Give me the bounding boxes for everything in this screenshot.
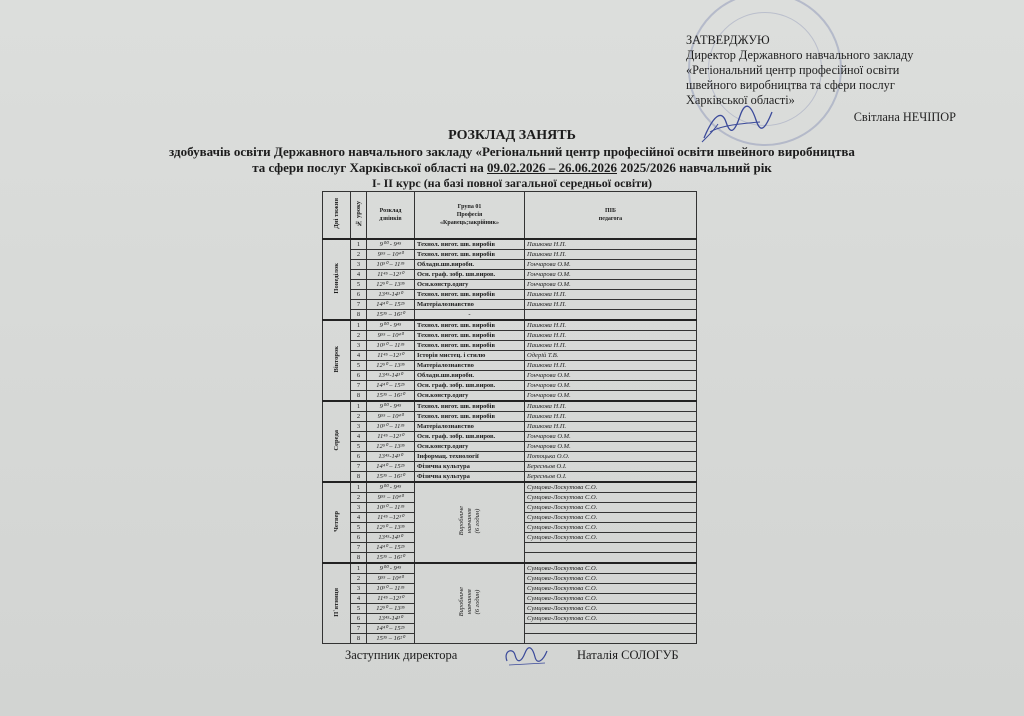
bell-time: 13⁴⁵-14³⁰ bbox=[367, 371, 415, 381]
table-row: 815³⁵ – 16²⁰- bbox=[323, 310, 697, 321]
bell-time: 9⁰⁰ - 9⁴⁵ bbox=[367, 320, 415, 331]
table-row: 815³⁵ – 16²⁰Осн.констр.одягуГончарова О.… bbox=[323, 391, 697, 402]
table-header-row: Дні тижня № уроку Розклад дзвінків Група… bbox=[323, 192, 697, 240]
lesson-number: 3 bbox=[351, 341, 367, 351]
approval-line: швейного виробництва та сфери послуг bbox=[686, 78, 966, 93]
lesson-number: 7 bbox=[351, 624, 367, 634]
bell-time: 9⁵⁵ – 10⁴⁰ bbox=[367, 412, 415, 422]
teacher-name: Бересньов О.І. bbox=[525, 472, 697, 483]
subject: Осн. граф. зобр. шв.виров. bbox=[415, 270, 525, 280]
subject: Осн.констр.одягу bbox=[415, 391, 525, 402]
teacher-name: Сумцова-Лоскутова С.О. bbox=[525, 574, 697, 584]
lesson-number: 5 bbox=[351, 280, 367, 290]
lesson-number: 4 bbox=[351, 351, 367, 361]
lesson-number: 6 bbox=[351, 290, 367, 300]
lesson-number: 8 bbox=[351, 634, 367, 644]
subject: Технол. вигот. шв. виробів bbox=[415, 290, 525, 300]
subject: Обладн.шв.виробн. bbox=[415, 371, 525, 381]
document-period-line: та сфери послуг Харківської області на 0… bbox=[0, 160, 1024, 176]
lesson-number: 4 bbox=[351, 270, 367, 280]
lesson-number: 8 bbox=[351, 553, 367, 564]
teacher-name: Пашкова Н.П. bbox=[525, 361, 697, 371]
table-row: 411⁴⁵ –12³⁰Історія мистец. і стилюОдерій… bbox=[323, 351, 697, 361]
table-row: 714⁴⁰ – 15²⁵Осн. граф. зобр. шв.виров.Го… bbox=[323, 381, 697, 391]
teacher-name: Сумцова-Лоскутова С.О. bbox=[525, 594, 697, 604]
teacher-name: Пашкова Н.П. bbox=[525, 239, 697, 250]
subject: Осн.констр.одягу bbox=[415, 280, 525, 290]
bell-time: 9⁵⁵ – 10⁴⁰ bbox=[367, 331, 415, 341]
schedule-table: Дні тижня № уроку Розклад дзвінків Група… bbox=[322, 191, 697, 644]
bell-time: 10⁵⁰ – 11³⁵ bbox=[367, 422, 415, 432]
approval-line: «Регіональний центр професійної освіти bbox=[686, 63, 966, 78]
lesson-number: 1 bbox=[351, 401, 367, 412]
table-row: 411⁴⁵ –12³⁰Осн. граф. зобр. шв.виров.Гон… bbox=[323, 270, 697, 280]
lesson-number: 4 bbox=[351, 432, 367, 442]
bell-time: 10⁵⁰ – 11³⁵ bbox=[367, 503, 415, 513]
teacher-name: Сумцова-Лоскутова С.О. bbox=[525, 503, 697, 513]
teacher-name: Сумцова-Лоскутова С.О. bbox=[525, 533, 697, 543]
lesson-number: 7 bbox=[351, 381, 367, 391]
teacher-name: Гончарова О.М. bbox=[525, 432, 697, 442]
teacher-name: Пашкова Н.П. bbox=[525, 401, 697, 412]
teacher-name: Пашкова Н.П. bbox=[525, 320, 697, 331]
teacher-name: Гончарова О.М. bbox=[525, 270, 697, 280]
table-row: 512⁵⁰ – 13³⁵Осн.констр.одягуГончарова О.… bbox=[323, 442, 697, 452]
course-label: І- ІІ курс (на базі повної загальної сер… bbox=[0, 176, 1024, 190]
bell-time: 12⁵⁰ – 13³⁵ bbox=[367, 280, 415, 290]
table-row: 815³⁵ – 16²⁰Фізична культураБересньов О.… bbox=[323, 472, 697, 483]
lesson-number: 2 bbox=[351, 574, 367, 584]
teacher-name: Сумцова-Лоскутова С.О. bbox=[525, 614, 697, 624]
practice-cell: Виробниче навчання (6 годин) bbox=[415, 563, 525, 644]
teacher-name bbox=[525, 543, 697, 553]
teacher-name bbox=[525, 624, 697, 634]
bell-time: 9⁰⁰ - 9⁴⁵ bbox=[367, 563, 415, 574]
lesson-number: 2 bbox=[351, 412, 367, 422]
lesson-number: 3 bbox=[351, 584, 367, 594]
subject: Осн.констр.одягу bbox=[415, 442, 525, 452]
teacher-name: Пашкова Н.П. bbox=[525, 300, 697, 310]
lesson-number: 5 bbox=[351, 442, 367, 452]
lesson-number: 2 bbox=[351, 331, 367, 341]
subject: Матеріалознавство bbox=[415, 300, 525, 310]
header-teacher: ПІБ педагога bbox=[525, 192, 697, 240]
table-row: 310⁵⁰ – 11³⁵Технол. вигот. шв. виробівПа… bbox=[323, 341, 697, 351]
document-title: РОЗКЛАД ЗАНЯТЬ bbox=[0, 128, 1024, 144]
teacher-name bbox=[525, 634, 697, 644]
table-row: 613⁴⁵-14³⁰Інформац. технологіїПотоцька О… bbox=[323, 452, 697, 462]
lesson-number: 2 bbox=[351, 250, 367, 260]
day-label: Вівторок bbox=[323, 320, 351, 401]
bell-time: 15³⁵ – 16²⁰ bbox=[367, 634, 415, 644]
subject: Технол. вигот. шв. виробів bbox=[415, 239, 525, 250]
table-row: 613⁴⁵-14³⁰Технол. вигот. шв. виробівПашк… bbox=[323, 290, 697, 300]
table-row: Середа19⁰⁰ - 9⁴⁵Технол. вигот. шв. вироб… bbox=[323, 401, 697, 412]
lesson-number: 5 bbox=[351, 523, 367, 533]
teacher-name bbox=[525, 553, 697, 564]
document-subtitle: здобувачів освіти Державного навчального… bbox=[0, 144, 1024, 160]
bell-time: 10⁵⁰ – 11³⁵ bbox=[367, 584, 415, 594]
bell-time: 9⁵⁵ – 10⁴⁰ bbox=[367, 574, 415, 584]
table-row: 512⁵⁰ – 13³⁵Осн.констр.одягуГончарова О.… bbox=[323, 280, 697, 290]
lesson-number: 6 bbox=[351, 452, 367, 462]
bell-time: 11⁴⁵ –12³⁰ bbox=[367, 513, 415, 523]
bell-time: 13⁴⁵-14³⁰ bbox=[367, 452, 415, 462]
subject: Матеріалознавство bbox=[415, 422, 525, 432]
day-label: П`ятниця bbox=[323, 563, 351, 644]
table-row: Понеділок19⁰⁰ - 9⁴⁵Технол. вигот. шв. ви… bbox=[323, 239, 697, 250]
subject: Технол. вигот. шв. виробів bbox=[415, 412, 525, 422]
table-row: 714⁴⁰ – 15²⁵МатеріалознавствоПашкова Н.П… bbox=[323, 300, 697, 310]
lesson-number: 3 bbox=[351, 422, 367, 432]
table-row: 411⁴⁵ –12³⁰Осн. граф. зобр. шв.виров.Гон… bbox=[323, 432, 697, 442]
subject: Фізична культура bbox=[415, 462, 525, 472]
teacher-name: Сумцова-Лоскутова С.О. bbox=[525, 604, 697, 614]
lesson-number: 3 bbox=[351, 503, 367, 513]
bell-time: 12⁵⁰ – 13³⁵ bbox=[367, 442, 415, 452]
footer-name: Наталія СОЛОГУБ bbox=[577, 648, 679, 663]
bell-time: 14⁴⁰ – 15²⁵ bbox=[367, 462, 415, 472]
lesson-number: 4 bbox=[351, 513, 367, 523]
table-row: 29⁵⁵ – 10⁴⁰Технол. вигот. шв. виробівПаш… bbox=[323, 250, 697, 260]
bell-time: 10⁵⁰ – 11³⁵ bbox=[367, 260, 415, 270]
bell-time: 9⁵⁵ – 10⁴⁰ bbox=[367, 493, 415, 503]
teacher-name: Пашкова Н.П. bbox=[525, 422, 697, 432]
lesson-number: 8 bbox=[351, 391, 367, 402]
teacher-name: Гончарова О.М. bbox=[525, 442, 697, 452]
bell-time: 15³⁵ – 16²⁰ bbox=[367, 472, 415, 483]
lesson-number: 5 bbox=[351, 361, 367, 371]
lesson-number: 7 bbox=[351, 543, 367, 553]
subject: Технол. вигот. шв. виробів bbox=[415, 320, 525, 331]
table-row: 29⁵⁵ – 10⁴⁰Технол. вигот. шв. виробівПаш… bbox=[323, 412, 697, 422]
lesson-number: 6 bbox=[351, 371, 367, 381]
subject: Технол. вигот. шв. виробів bbox=[415, 341, 525, 351]
table-row: 310⁵⁰ – 11³⁵МатеріалознавствоПашкова Н.П… bbox=[323, 422, 697, 432]
lesson-number: 6 bbox=[351, 614, 367, 624]
lesson-number: 5 bbox=[351, 604, 367, 614]
lesson-number: 1 bbox=[351, 320, 367, 331]
subject: Інформац. технології bbox=[415, 452, 525, 462]
teacher-name: Гончарова О.М. bbox=[525, 260, 697, 270]
deputy-signature-icon bbox=[501, 645, 551, 667]
bell-time: 13⁴⁵-14³⁰ bbox=[367, 533, 415, 543]
teacher-name: Пашкова Н.П. bbox=[525, 250, 697, 260]
header-group: Група 01 Професія «Кравець;закрійник» bbox=[415, 192, 525, 240]
teacher-name: Сумцова-Лоскутова С.О. bbox=[525, 563, 697, 574]
bell-time: 13⁴⁵-14³⁰ bbox=[367, 290, 415, 300]
lesson-number: 2 bbox=[351, 493, 367, 503]
day-label: Понеділок bbox=[323, 239, 351, 320]
table-row: П`ятниця19⁰⁰ - 9⁴⁵Виробниче навчання (6 … bbox=[323, 563, 697, 574]
teacher-name: Сумцова-Лоскутова С.О. bbox=[525, 584, 697, 594]
lesson-number: 6 bbox=[351, 533, 367, 543]
teacher-name: Гончарова О.М. bbox=[525, 381, 697, 391]
subject: Технол. вигот. шв. виробів bbox=[415, 250, 525, 260]
teacher-name: Гончарова О.М. bbox=[525, 280, 697, 290]
lesson-number: 8 bbox=[351, 472, 367, 483]
lesson-number: 8 bbox=[351, 310, 367, 321]
subject: Технол. вигот. шв. виробів bbox=[415, 401, 525, 412]
teacher-name: Сумцова-Лоскутова С.О. bbox=[525, 523, 697, 533]
bell-time: 11⁴⁵ –12³⁰ bbox=[367, 594, 415, 604]
subject: Осн. граф. зобр. шв.виров. bbox=[415, 432, 525, 442]
table-row: 29⁵⁵ – 10⁴⁰Технол. вигот. шв. виробівПаш… bbox=[323, 331, 697, 341]
day-label: Четвер bbox=[323, 482, 351, 563]
bell-time: 10⁵⁰ – 11³⁵ bbox=[367, 341, 415, 351]
teacher-name bbox=[525, 310, 697, 321]
teacher-name: Пашкова Н.П. bbox=[525, 290, 697, 300]
lesson-number: 7 bbox=[351, 462, 367, 472]
subject: Осн. граф. зобр. шв.виров. bbox=[415, 381, 525, 391]
period-dates: 09.02.2026 – 26.06.2026 bbox=[487, 160, 617, 175]
bell-time: 15³⁵ – 16²⁰ bbox=[367, 553, 415, 564]
teacher-name: Пашкова Н.П. bbox=[525, 412, 697, 422]
subject: Фізична культура bbox=[415, 472, 525, 483]
bell-time: 15³⁵ – 16²⁰ bbox=[367, 310, 415, 321]
teacher-name: Гончарова О.М. bbox=[525, 391, 697, 402]
document-title-block: РОЗКЛАД ЗАНЯТЬ здобувачів освіти Державн… bbox=[0, 128, 1024, 190]
lesson-number: 3 bbox=[351, 260, 367, 270]
subject: Матеріалознавство bbox=[415, 361, 525, 371]
teacher-name: Сумцова-Лоскутова С.О. bbox=[525, 493, 697, 503]
lesson-number: 1 bbox=[351, 239, 367, 250]
bell-time: 14⁴⁰ – 15²⁵ bbox=[367, 543, 415, 553]
bell-time: 9⁰⁰ - 9⁴⁵ bbox=[367, 239, 415, 250]
teacher-name: Сумцова-Лоскутова С.О. bbox=[525, 482, 697, 493]
teacher-name: Пашкова Н.П. bbox=[525, 341, 697, 351]
table-row: Четвер19⁰⁰ - 9⁴⁵Виробниче навчання (6 го… bbox=[323, 482, 697, 493]
bell-time: 12⁵⁰ – 13³⁵ bbox=[367, 361, 415, 371]
approval-heading: ЗАТВЕРДЖУЮ bbox=[686, 33, 966, 48]
bell-time: 12⁵⁰ – 13³⁵ bbox=[367, 523, 415, 533]
teacher-name: Потоцька О.О. bbox=[525, 452, 697, 462]
header-bells: Розклад дзвінків bbox=[367, 192, 415, 240]
bell-time: 11⁴⁵ –12³⁰ bbox=[367, 270, 415, 280]
subject: Обладн.шв.виробн. bbox=[415, 260, 525, 270]
footer-position: Заступник директора bbox=[345, 648, 457, 663]
bell-time: 14⁴⁰ – 15²⁵ bbox=[367, 300, 415, 310]
bell-time: 11⁴⁵ –12³⁰ bbox=[367, 351, 415, 361]
lesson-number: 4 bbox=[351, 594, 367, 604]
lesson-number: 1 bbox=[351, 563, 367, 574]
teacher-name: Бересньов О.І. bbox=[525, 462, 697, 472]
table-row: 512⁵⁰ – 13³⁵МатеріалознавствоПашкова Н.П… bbox=[323, 361, 697, 371]
header-lesson-no: № уроку bbox=[351, 192, 367, 240]
bell-time: 13⁴⁵-14³⁰ bbox=[367, 614, 415, 624]
subject: Історія мистец. і стилю bbox=[415, 351, 525, 361]
teacher-name: Пашкова Н.П. bbox=[525, 331, 697, 341]
teacher-name: Гончарова О.М. bbox=[525, 371, 697, 381]
bell-time: 9⁵⁵ – 10⁴⁰ bbox=[367, 250, 415, 260]
bell-time: 12⁵⁰ – 13³⁵ bbox=[367, 604, 415, 614]
practice-cell: Виробниче навчання (6 годин) bbox=[415, 482, 525, 563]
table-row: 714⁴⁰ – 15²⁵Фізична культураБересньов О.… bbox=[323, 462, 697, 472]
lesson-number: 7 bbox=[351, 300, 367, 310]
bell-time: 9⁰⁰ - 9⁴⁵ bbox=[367, 482, 415, 493]
bell-time: 9⁰⁰ - 9⁴⁵ bbox=[367, 401, 415, 412]
approval-line: Директор Державного навчального закладу bbox=[686, 48, 966, 63]
bell-time: 14⁴⁰ – 15²⁵ bbox=[367, 624, 415, 634]
teacher-name: Одерій Т.В. bbox=[525, 351, 697, 361]
subject: - bbox=[415, 310, 525, 321]
table-row: 310⁵⁰ – 11³⁵Обладн.шв.виробн.Гончарова О… bbox=[323, 260, 697, 270]
teacher-name: Сумцова-Лоскутова С.О. bbox=[525, 513, 697, 523]
table-row: Вівторок19⁰⁰ - 9⁴⁵Технол. вигот. шв. вир… bbox=[323, 320, 697, 331]
day-label: Середа bbox=[323, 401, 351, 482]
lesson-number: 1 bbox=[351, 482, 367, 493]
bell-time: 11⁴⁵ –12³⁰ bbox=[367, 432, 415, 442]
table-row: 613⁴⁵-14³⁰Обладн.шв.виробн.Гончарова О.М… bbox=[323, 371, 697, 381]
bell-time: 15³⁵ – 16²⁰ bbox=[367, 391, 415, 402]
subject: Технол. вигот. шв. виробів bbox=[415, 331, 525, 341]
bell-time: 14⁴⁰ – 15²⁵ bbox=[367, 381, 415, 391]
header-day: Дні тижня bbox=[323, 192, 351, 240]
